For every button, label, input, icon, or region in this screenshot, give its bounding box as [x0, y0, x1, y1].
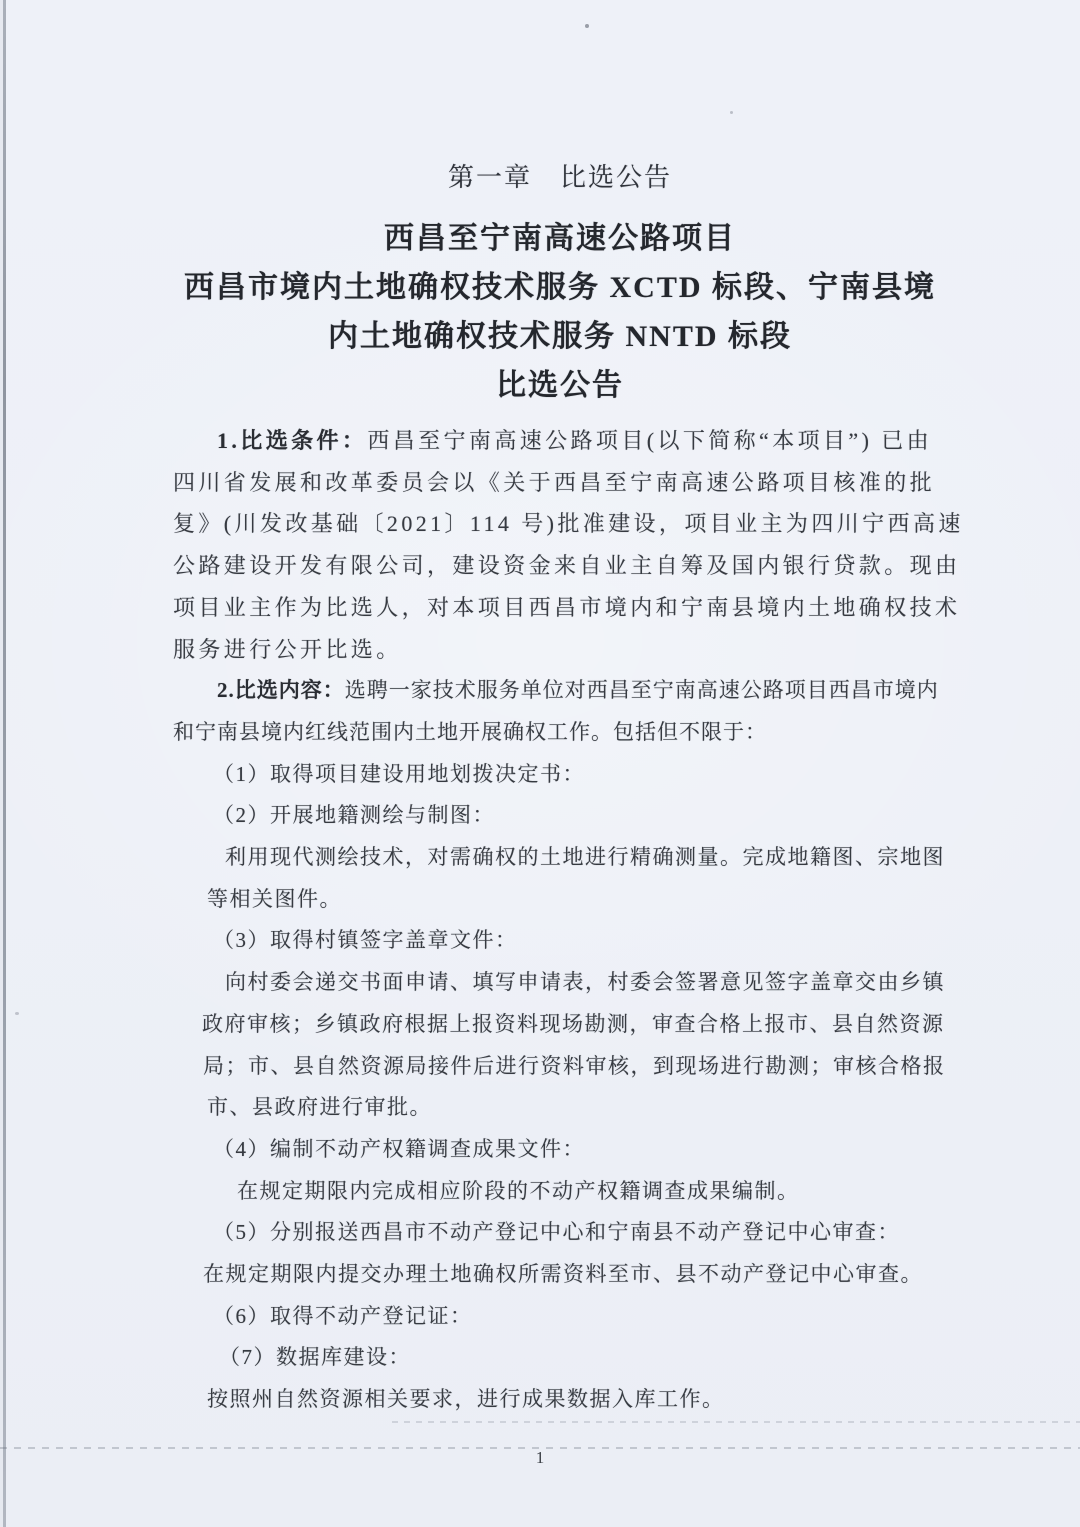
para1-line-1: 1.比选条件：西昌至宁南高速公路项目(以下简称“本项目”) 已由 [173, 420, 947, 462]
scan-artifact-dash-upper [392, 1421, 1080, 1423]
item-5: （5）分别报送西昌市不动产登记中心和宁南县不动产登记中心审查： [173, 1212, 947, 1254]
para2-line-2: 和宁南县境内红线范围内土地开展确权工作。包括但不限于： [173, 712, 947, 754]
item-3-note-line-3: 局；市、县自然资源局接件后进行资料审核，到现场进行勘测；审核合格报 [173, 1046, 947, 1088]
para2-lead: 2.比选内容： [217, 678, 345, 702]
doc-title-line-3: 内土地确权技术服务 NNTD 标段 [173, 312, 947, 361]
para1-line-1-text: 西昌至宁南高速公路项目(以下简称“本项目”) 已由 [367, 428, 932, 453]
item-2: （2）开展地籍测绘与制图： [173, 795, 947, 837]
scan-edge-line [3, 0, 6, 1527]
para2-line-1: 2.比选内容：选聘一家技术服务单位对西昌至宁南高速公路项目西昌市境内 [173, 670, 947, 712]
doc-title-line-1: 西昌至宁南高速公路项目 [173, 214, 947, 263]
item-6: （6）取得不动产登记证： [173, 1296, 947, 1338]
para1-line-2: 四川省发展和改革委员会以《关于西昌至宁南高速公路项目核准的批 [173, 462, 947, 504]
para1-line-3: 复》(川发改基础〔2021〕114 号)批准建设，项目业主为四川宁西高速 [173, 503, 947, 545]
chapter-heading: 第一章 比选公告 [173, 158, 947, 198]
item-5-note-line-1: 在规定期限内提交办理土地确权所需资料至市、县不动产登记中心审查。 [173, 1254, 947, 1296]
item-3: （3）取得村镇签字盖章文件： [173, 920, 947, 962]
item-2-note-line-2: 等相关图件。 [173, 879, 947, 921]
item-7-note-line-1: 按照州自然资源相关要求，进行成果数据入库工作。 [173, 1379, 947, 1421]
item-3-note-line-4: 市、县政府进行审批。 [173, 1087, 947, 1129]
para1-line-4: 公路建设开发有限公司，建设资金来自业主自筹及国内银行贷款。现由 [173, 545, 947, 587]
item-3-note-line-2: 政府审核；乡镇政府根据上报资料现场勘测，审查合格上报市、县自然资源 [173, 1004, 947, 1046]
document-body: 1.比选条件：西昌至宁南高速公路项目(以下简称“本项目”) 已由 四川省发展和改… [173, 420, 947, 1421]
item-2-note-line-1: 利用现代测绘技术，对需确权的土地进行精确测量。完成地籍图、宗地图 [173, 837, 947, 879]
doc-title-line-2: 西昌市境内土地确权技术服务 XCTD 标段、宁南县境 [173, 263, 947, 312]
scan-speck [585, 24, 589, 28]
doc-title-line-4: 比选公告 [173, 361, 947, 410]
scan-speck [730, 111, 733, 114]
para1-line-5: 项目业主作为比选人，对本项目西昌市境内和宁南县境内土地确权技术 [173, 587, 947, 629]
para1-lead: 1.比选条件： [217, 428, 367, 453]
document-content: 第一章 比选公告 西昌至宁南高速公路项目 西昌市境内土地确权技术服务 XCTD … [173, 0, 947, 1421]
item-7: （7）数据库建设： [173, 1337, 947, 1379]
document-title-block: 西昌至宁南高速公路项目 西昌市境内土地确权技术服务 XCTD 标段、宁南县境 内… [173, 214, 947, 410]
para1-line-6: 服务进行公开比选。 [173, 629, 947, 671]
scan-speck [15, 1012, 19, 1015]
item-1: （1）取得项目建设用地划拨决定书： [173, 754, 947, 796]
scanned-document-page: 第一章 比选公告 西昌至宁南高速公路项目 西昌市境内土地确权技术服务 XCTD … [0, 0, 1080, 1527]
item-3-note-line-1: 向村委会递交书面申请、填写申请表，村委会签署意见签字盖章交由乡镇 [173, 962, 947, 1004]
item-4: （4）编制不动产权籍调查成果文件： [173, 1129, 947, 1171]
page-number: 1 [0, 1448, 1080, 1470]
scan-artifact-dash-lower [0, 1447, 1080, 1449]
para2-line-1-text: 选聘一家技术服务单位对西昌至宁南高速公路项目西昌市境内 [345, 678, 939, 702]
item-4-note-line-1: 在规定期限内完成相应阶段的不动产权籍调查成果编制。 [173, 1171, 947, 1213]
